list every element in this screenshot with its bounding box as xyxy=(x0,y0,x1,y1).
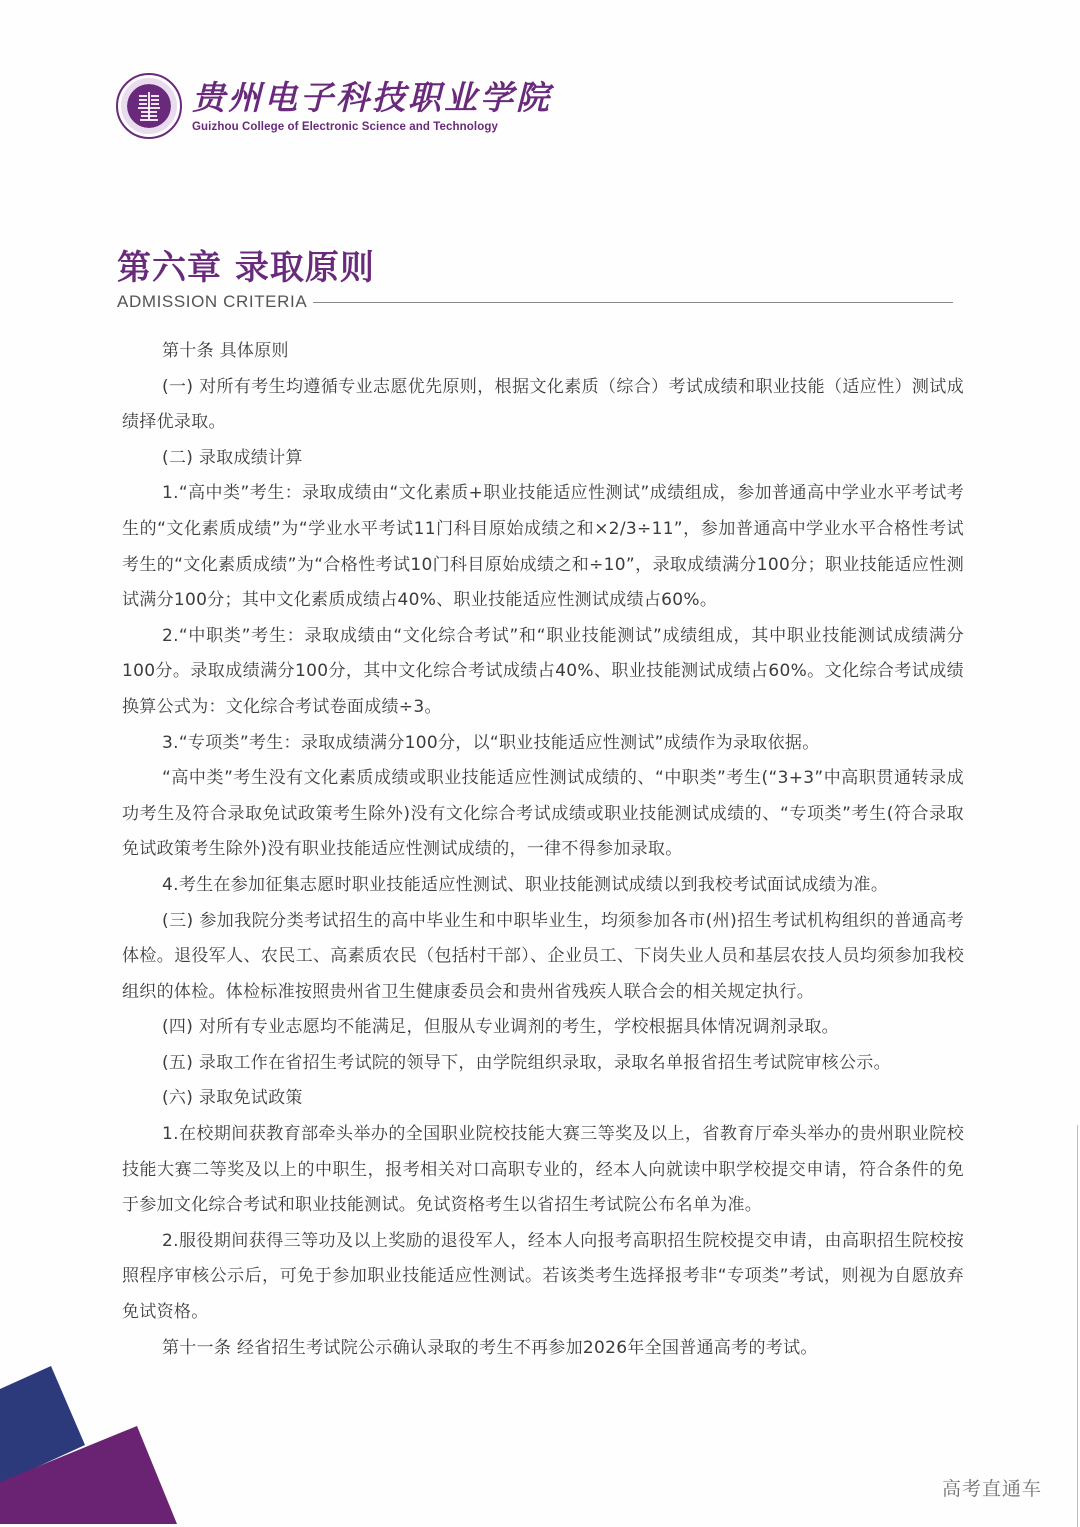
paragraph: 2.“中职类”考生：录取成绩由“文化综合考试”和“职业技能测试”成绩组成，其中职… xyxy=(122,619,964,726)
college-brand: 贵州电子科技职业学院 Guizhou College of Electronic… xyxy=(192,79,552,133)
article-10-heading: 第十条 具体原则 xyxy=(122,334,964,370)
paragraph: 2.服役期间获得三等功及以上奖励的退役军人，经本人向报考高职招生院校提交申请，由… xyxy=(122,1224,964,1331)
college-header: 贵州电子科技职业学院 Guizhou College of Electronic… xyxy=(116,72,552,140)
article-11: 第十一条 经省招生考试院公示确认录取的考生不再参加2026年全国普通高考的考试。 xyxy=(122,1331,964,1367)
section-heading: (二) 录取成绩计算 xyxy=(122,441,964,477)
chapter-subtitle: ADMISSION CRITERIA xyxy=(117,292,307,312)
college-name-cn: 贵州电子科技职业学院 xyxy=(192,79,552,117)
chapter-divider xyxy=(313,302,953,303)
paragraph: (三) 参加我院分类考试招生的高中毕业生和中职毕业生，均须参加各市(州)招生考试… xyxy=(122,904,964,1011)
paragraph: (四) 对所有专业志愿均不能满足，但服从专业调剂的考生，学校根据具体情况调剂录取… xyxy=(122,1010,964,1046)
page-edge-line xyxy=(1077,1125,1078,1527)
paragraph: (五) 录取工作在省招生考试院的领导下，由学院组织录取，录取名单报省招生考试院审… xyxy=(122,1046,964,1082)
paragraph: “高中类”考生没有文化素质成绩或职业技能适应性测试成绩的、“中职类”考生(“3+… xyxy=(122,761,964,868)
paragraph: 4.考生在参加征集志愿时职业技能适应性测试、职业技能测试成绩以到我校考试面试成绩… xyxy=(122,868,964,904)
chapter-heading: 第六章 录取原则 ADMISSION CRITERIA xyxy=(117,246,953,312)
paragraph: (一) 对所有考生均遵循专业志愿优先原则，根据文化素质（综合）考试成绩和职业技能… xyxy=(122,370,964,441)
paragraph: 3.“专项类”考生：录取成绩满分100分，以“职业技能适应性测试”成绩作为录取依… xyxy=(122,726,964,762)
corner-decoration xyxy=(0,1337,190,1527)
college-seal-icon xyxy=(116,73,182,139)
chapter-title: 第六章 录取原则 xyxy=(117,246,953,290)
document-body: 第十条 具体原则 (一) 对所有考生均遵循专业志愿优先原则，根据文化素质（综合）… xyxy=(122,334,964,1366)
college-name-en: Guizhou College of Electronic Science an… xyxy=(192,121,552,133)
section-heading: (六) 录取免试政策 xyxy=(122,1081,964,1117)
watermark: 高考直通车 xyxy=(942,1474,1042,1501)
paragraph: 1.在校期间获教育部牵头举办的全国职业院校技能大赛三等奖及以上，省教育厅牵头举办… xyxy=(122,1117,964,1224)
paragraph: 1.“高中类”考生：录取成绩由“文化素质+职业技能适应性测试”成绩组成，参加普通… xyxy=(122,476,964,618)
